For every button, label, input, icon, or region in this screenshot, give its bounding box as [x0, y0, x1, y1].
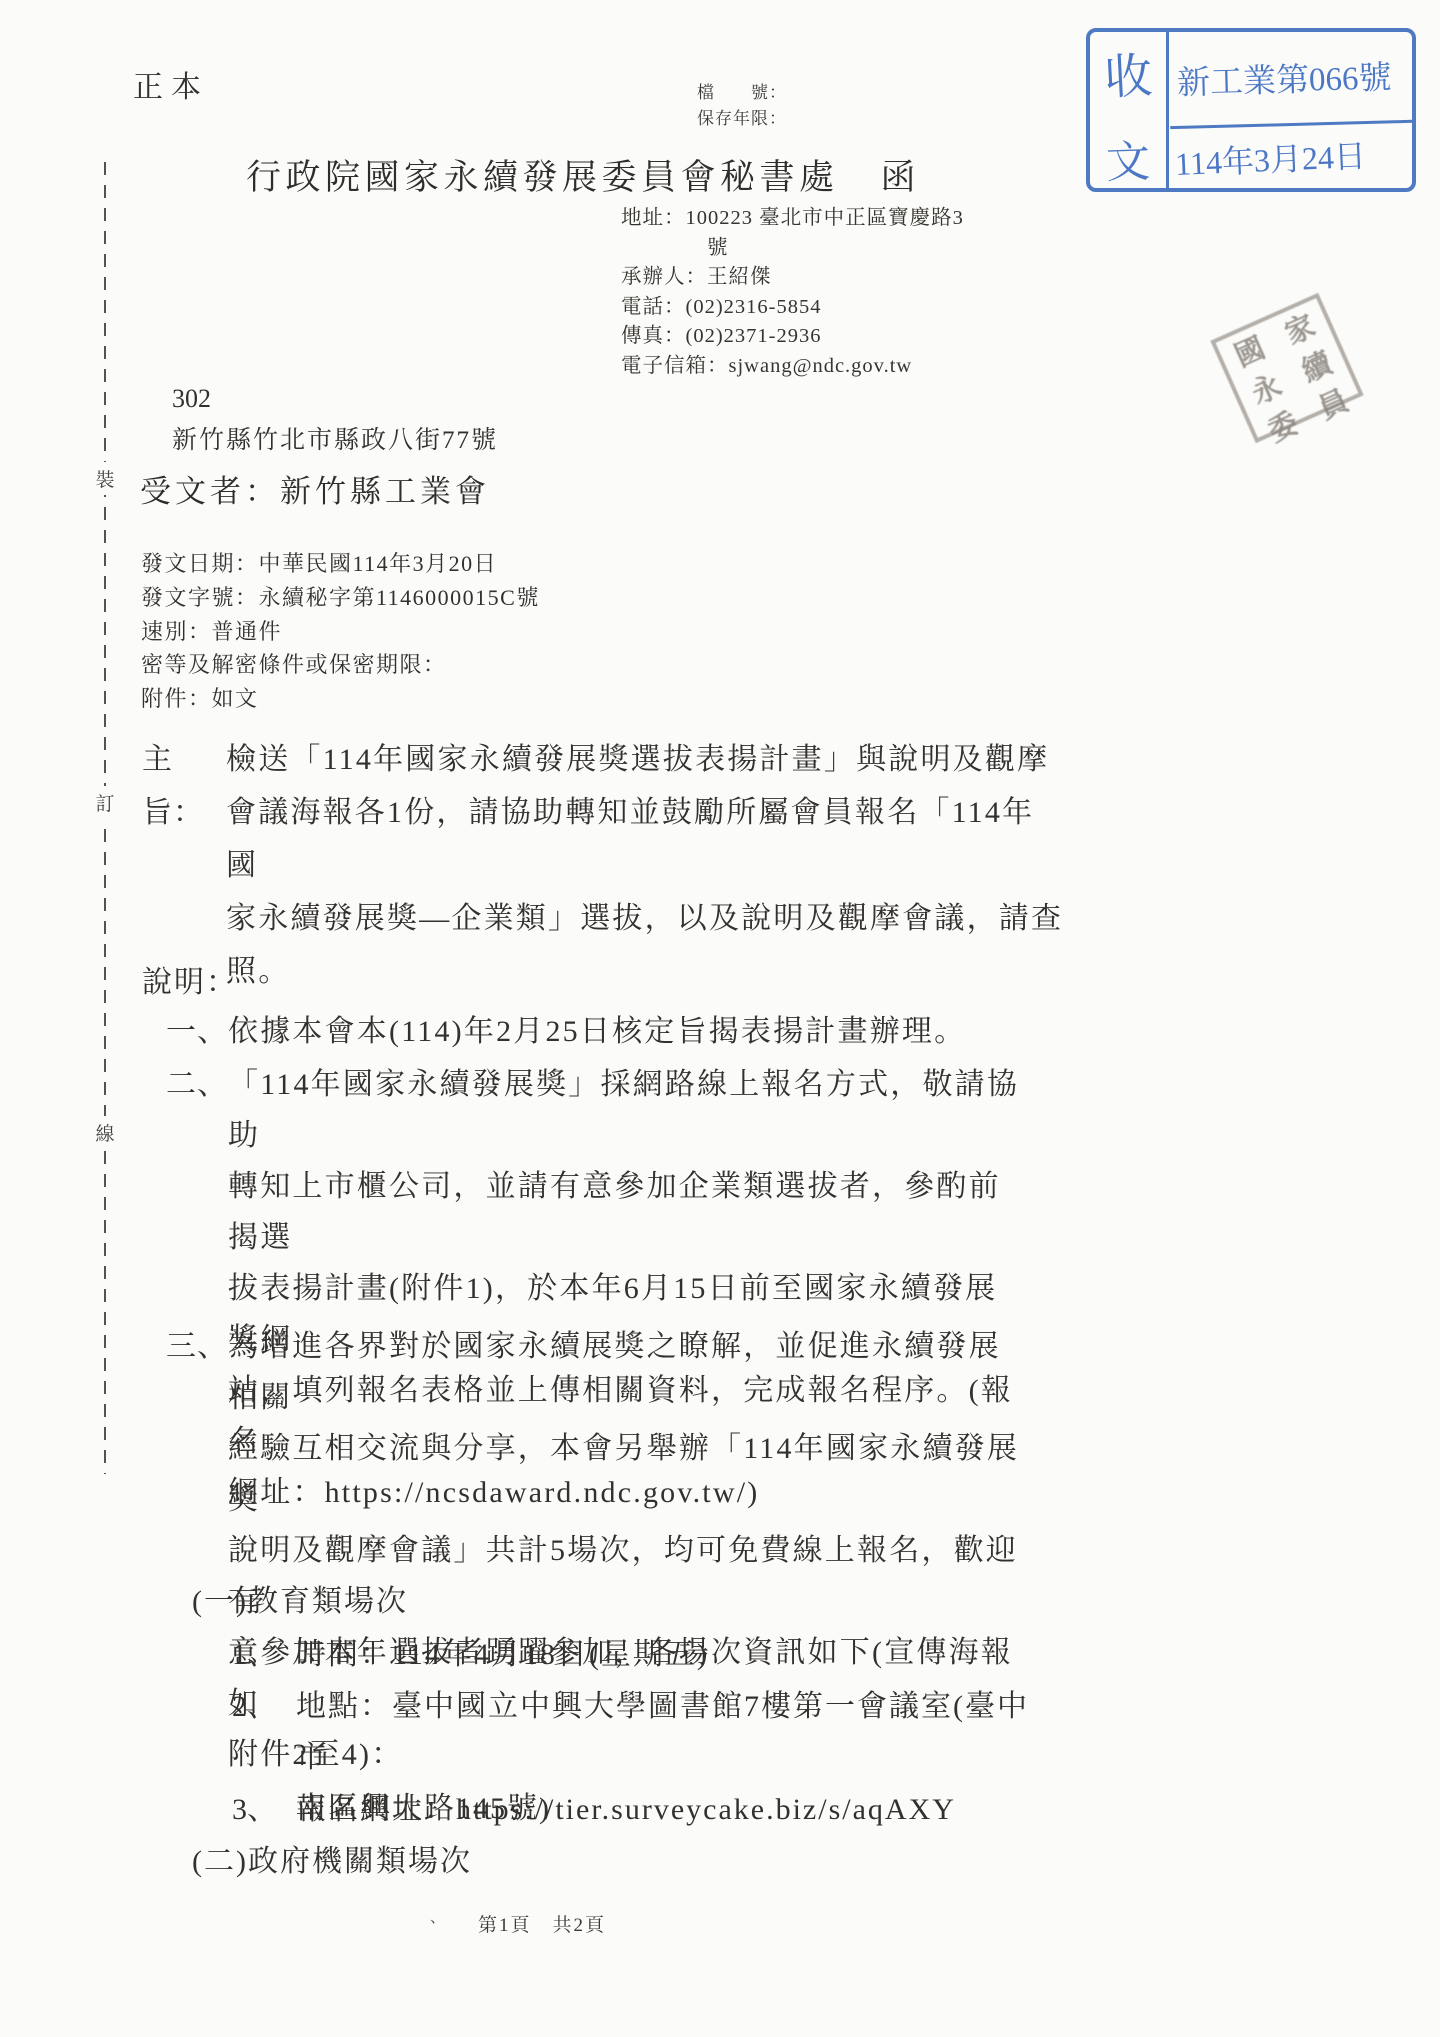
education-entry-registration-url: 3、 報名網址：https://tier.surveycake.biz/s/aq… — [232, 1784, 1036, 1835]
entry-text: 報名網址：https://tier.surveycake.biz/s/aqAXY — [296, 1784, 1036, 1835]
sender-address-line2: 號 — [621, 234, 964, 264]
subject-text: 檢送「114年國家永續發展獎選拔表揚計畫」與說明及觀摩 會議海報各1份，請協助轉… — [226, 733, 1066, 998]
meta-attachment: 附件：如文 — [141, 682, 540, 716]
document-meta-block: 發文日期：中華民國114年3月20日 發文字號：永續秘字第1146000015C… — [141, 547, 540, 716]
sender-info-block: 地址：100223 臺北市中正區寶慶路3 號 承辦人：王紹傑 電話：(02)23… — [621, 204, 964, 381]
recipient-zip: 302 — [172, 384, 211, 414]
receipt-stamp-doc-number: 新工業第066號 — [1168, 29, 1413, 129]
receipt-stamp-date: 114年3月24日 — [1168, 121, 1413, 194]
item-marker: 二、 — [166, 1059, 228, 1110]
document-title: 行政院國家永續發展委員會秘書處 函 — [246, 150, 916, 200]
explanation-heading: 說明： — [142, 957, 238, 1001]
page-number-footer: 第1頁 共2頁 — [478, 1910, 606, 1937]
retention-label: 保存年限： — [697, 106, 787, 132]
document-type: 函 — [881, 150, 916, 200]
entry-text: 時間：114年4月18日(星期五) — [296, 1629, 1036, 1680]
binding-mark-xian: 線 — [91, 1116, 119, 1149]
receipt-stamp: 收 文 新工業第066號 114年3月24日 — [1086, 28, 1416, 192]
sender-email: 電子信箱：sjwang@ndc.gov.tw — [621, 352, 964, 382]
file-no-label: 檔 號： — [697, 80, 787, 106]
binding-mark-ding: 訂 — [91, 786, 119, 819]
recipient-line: 受文者：新竹縣工業會 — [140, 466, 490, 511]
sender-phone: 電話：(02)2316-5854 — [621, 293, 964, 323]
sender-contact-person: 承辦人：王紹傑 — [621, 263, 964, 293]
entry-marker: 2、 — [232, 1681, 296, 1732]
entry-marker: 3、 — [232, 1784, 296, 1835]
copy-label: 正本 — [133, 62, 209, 106]
recipient-address: 新竹縣竹北市縣政八街77號 — [172, 420, 498, 456]
subsection-education-heading: (一)教育類場次 — [192, 1576, 408, 1620]
meta-issue-date: 發文日期：中華民國114年3月20日 — [141, 547, 540, 581]
sender-address-line1: 地址：100223 臺北市中正區寶慶路3 — [621, 204, 964, 234]
sender-organization: 行政院國家永續發展委員會秘書處 — [246, 150, 839, 200]
subject-label: 主旨： — [142, 733, 226, 839]
footer-stray-mark: 、 — [430, 1906, 445, 1927]
receipt-stamp-left-column: 收 文 — [1090, 32, 1169, 188]
receipt-stamp-char-document: 文 — [1089, 125, 1167, 192]
document-page: 正本 檔 號： 保存年限： 收 文 新工業第066號 114年3月24日 行政院… — [0, 0, 1440, 2037]
meta-classification: 密等及解密條件或保密期限： — [141, 648, 540, 682]
explanation-item-1: 一、 依據本會本(114)年2月25日核定旨揭表揚計畫辦理。 — [166, 1006, 1028, 1057]
subject-paragraph: 主旨： 檢送「114年國家永續發展獎選拔表揚計畫」與說明及觀摩 會議海報各1份，… — [142, 733, 1066, 998]
binding-mark-zhuang: 裝 — [91, 462, 119, 495]
item-text: 依據本會本(114)年2月25日核定旨揭表揚計畫辦理。 — [228, 1006, 1028, 1057]
receipt-stamp-right-column: 新工業第066號 114年3月24日 — [1169, 32, 1412, 188]
receipt-stamp-char-receive: 收 — [1088, 36, 1168, 109]
meta-doc-number: 發文字號：永續秘字第1146000015C號 — [141, 581, 540, 615]
sender-fax: 傳真：(02)2371-2936 — [621, 322, 964, 352]
meta-speed: 速別：普通件 — [141, 615, 540, 649]
official-seal: 國 家 永 續 委 員 — [1210, 293, 1363, 443]
item-marker: 三、 — [166, 1321, 228, 1372]
item-marker: 一、 — [166, 1006, 228, 1057]
entry-marker: 1、 — [232, 1629, 296, 1680]
subsection-government-heading: (二)政府機關類場次 — [192, 1836, 472, 1880]
education-entry-time: 1、 時間：114年4月18日(星期五) — [232, 1629, 1036, 1680]
file-number-block: 檔 號： 保存年限： — [697, 80, 787, 132]
